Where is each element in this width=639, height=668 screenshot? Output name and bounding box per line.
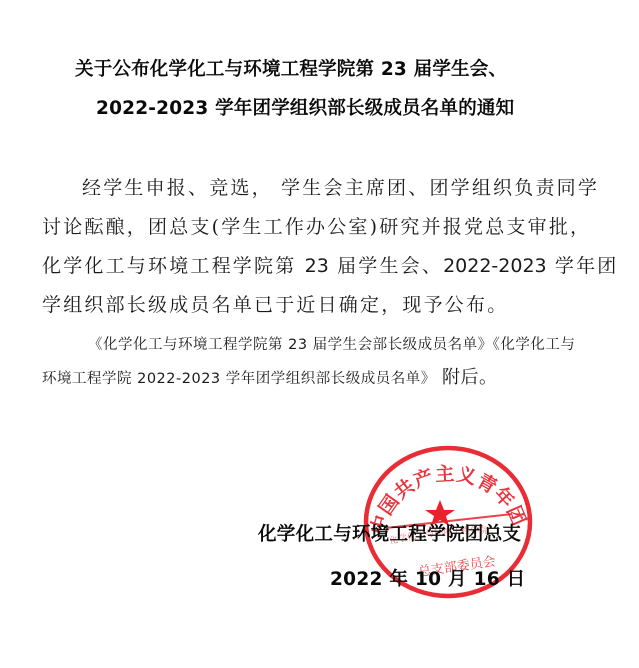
document-title-line-2: 2022-2023 学年团学组织部长级成员名单的通知 [96, 94, 514, 120]
academic-year: 2022-2023 [443, 255, 547, 277]
body-line-3: 化学化工与环境工程学院第 23 届学生会、2022-2023 学年团 [42, 251, 619, 278]
body-line-4: 学组织部长级成员名单已于近日确定，现予公布。 [42, 290, 508, 317]
attachment-line-2: 环境工程学院 2022-2023 学年团学组织部长级成员名单》 附后。 [42, 363, 498, 389]
attachment-line-1: 《化学化工与环境工程学院第 23 届学生会部长级成员名单》《化学化工与 [88, 333, 575, 354]
session-number: 23 [305, 255, 329, 277]
signing-date: 2022 年 10 月 16 日 [330, 565, 525, 591]
body-line-3-part-c: 学年团 [547, 255, 619, 277]
attachment-tail: 附后。 [436, 367, 498, 388]
body-line-1: 经学生申报、竞选， 学生会主席团、团学组织负责同学 [82, 173, 599, 200]
document-title-line-1: 关于公布化学化工与环境工程学院第 23 届学生会、 [75, 55, 507, 81]
body-line-3-part-b: 届学生会、 [329, 255, 443, 277]
attachment-line-2-text: 环境工程学院 2022-2023 学年团学组织部长级成员名单》 [42, 371, 436, 387]
body-line-2: 讨论酝酿，团总支(学生工作办公室)研究并报党总支审批， [42, 212, 591, 239]
body-line-3-part-a: 化学化工与环境工程学院第 [42, 255, 305, 277]
signing-organization: 化学化工与环境工程学院团总支 [258, 520, 521, 546]
